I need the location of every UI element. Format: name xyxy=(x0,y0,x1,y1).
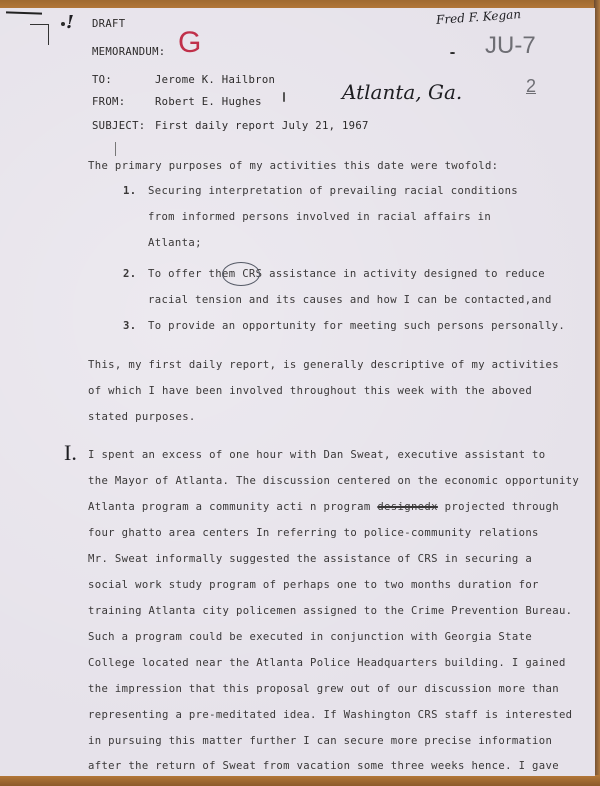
purpose-number-2: 2. xyxy=(123,268,136,280)
memorandum-label: MEMORANDUM: xyxy=(92,46,165,58)
summary-line-1: This, my first daily report, is generall… xyxy=(88,359,559,371)
handwritten-location: Atlanta, Ga. xyxy=(342,80,462,104)
handwritten-signature: Fred F. Kegan xyxy=(436,7,522,27)
summary-line-2: of which I have been involved throughout… xyxy=(88,385,532,397)
handwritten-file-code: JU-7 xyxy=(485,32,536,60)
section-line-13: after the return of Sweat from vacation … xyxy=(88,760,559,772)
purpose-number-3: 3. xyxy=(123,320,136,332)
section-line-3-end: projected through xyxy=(445,501,559,513)
memo-page: ! DRAFT MEMORANDUM: G TO: Jerome K. Hail… xyxy=(0,8,595,776)
desk-edge-bottom xyxy=(0,775,600,786)
purpose-2-line-2: racial tension and its causes and how I … xyxy=(148,294,552,306)
intro-text: The primary purposes of my activities th… xyxy=(88,160,498,172)
subject-label: SUBJECT: xyxy=(92,120,145,132)
corner-bracket-mark xyxy=(30,24,49,45)
section-line-12: in pursuing this matter further I can se… xyxy=(88,735,552,747)
summary-line-3: stated purposes. xyxy=(88,411,196,423)
from-value: Robert E. Hughes xyxy=(155,96,262,108)
purpose-1-line-1: Securing interpretation of prevailing ra… xyxy=(148,185,518,197)
purpose-number-1: 1. xyxy=(123,185,136,197)
section-line-11: representing a pre-meditated idea. If Wa… xyxy=(88,709,572,721)
section-line-2: the Mayor of Atlanta. The discussion cen… xyxy=(88,475,579,487)
section-line-9: College located near the Atlanta Police … xyxy=(88,657,566,669)
from-label: FROM: xyxy=(92,96,125,108)
section-line-3-start: Atlanta program a community acti n progr… xyxy=(88,501,371,513)
section-line-8: Such a program could be executed in conj… xyxy=(88,631,532,643)
section-line-6: social work study program of perhaps one… xyxy=(88,579,539,591)
section-line-7: training Atlanta city policemen assigned… xyxy=(88,605,572,617)
corner-exclaim-mark: ! xyxy=(66,12,74,33)
handwritten-section-marker: I. xyxy=(64,440,77,466)
pen-circle-around-crs xyxy=(222,262,260,286)
handwritten-page-number: 2 xyxy=(526,76,536,97)
subject-value: First daily report July 21, 1967 xyxy=(155,120,369,132)
ink-speck xyxy=(61,22,65,26)
ink-speck xyxy=(450,52,455,54)
purpose-1-line-3: Atlanta; xyxy=(148,237,202,249)
to-value: Jerome K. Hailbron xyxy=(155,74,275,86)
purpose-3-line-1: To provide an opportunity for meeting su… xyxy=(148,320,565,332)
stray-pencil-mark xyxy=(115,142,116,156)
struck-out-word: designedx xyxy=(377,501,438,513)
section-line-4: four ghatto area centers In referring to… xyxy=(88,527,539,539)
corner-pen-stroke xyxy=(6,11,42,14)
to-label: TO: xyxy=(92,74,112,86)
draft-label: DRAFT xyxy=(92,18,125,30)
section-line-10: the impression that this proposal grew o… xyxy=(88,683,559,695)
purpose-2-line-1: To offer them CRS assistance in activity… xyxy=(148,268,545,280)
red-handwritten-letter: G xyxy=(178,26,201,60)
section-line-3: Atlanta program a community acti n progr… xyxy=(88,501,559,513)
purpose-1-line-2: from informed persons involved in racial… xyxy=(148,211,491,223)
stray-pen-mark xyxy=(283,92,285,102)
section-line-5: Mr. Sweat informally suggested the assis… xyxy=(88,553,532,565)
section-line-1: I spent an excess of one hour with Dan S… xyxy=(88,449,546,461)
